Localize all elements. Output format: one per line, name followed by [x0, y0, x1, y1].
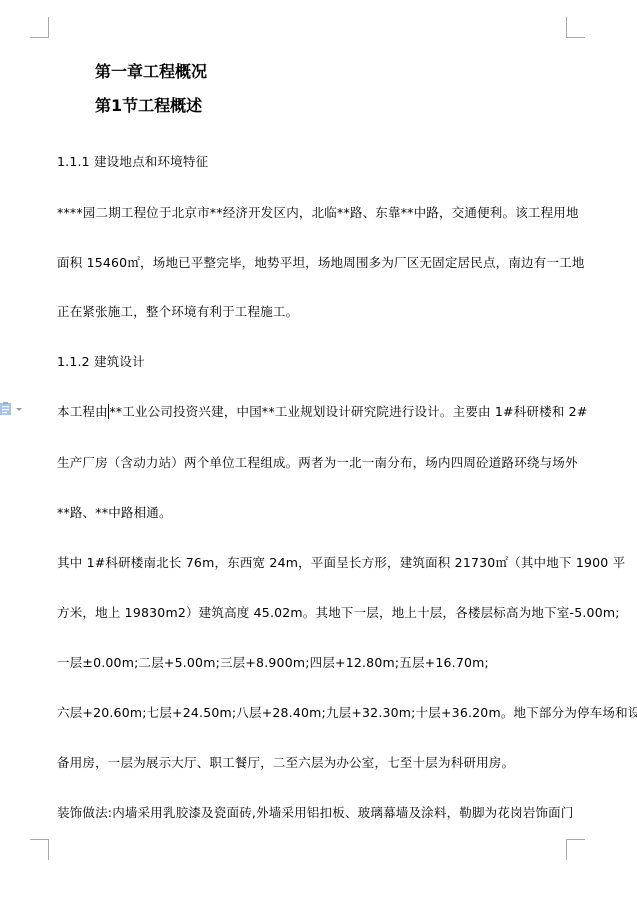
paragraph-line: **路、**中路相通。 [57, 505, 172, 521]
text-before-cursor: 本工程由 [57, 404, 108, 419]
paragraph-line: 其中 1#科研楼南北长 76m，东西宽 24m，平面呈长方形，建筑面积 2173… [57, 555, 569, 571]
paragraph-line: 方米，地上 19830m2）建筑高度 45.02m。其地下一层，地上十层，各楼层… [57, 605, 569, 621]
paste-options-dropdown-arrow-icon[interactable] [16, 408, 22, 411]
paragraph-line: 六层+20.60m;七层+24.50m;八层+28.40m;九层+32.30m;… [57, 705, 569, 721]
crop-mark-bottom-right [566, 839, 585, 860]
chapter-heading: 第一章工程概况 [95, 59, 207, 82]
paragraph-line: 一层±0.00m;二层+5.00m;三层+8.900m;四层+12.80m;五层… [57, 655, 489, 671]
crop-mark-top-right [566, 17, 585, 38]
paragraph-line: ****园二期工程位于北京市**经济开发区内，北临**路、东靠**中路，交通便利… [57, 205, 569, 221]
paragraph-line: 正在紧张施工，整个环境有利于工程施工。 [57, 304, 298, 320]
paragraph-line: 备用房，一层为展示大厅、职工餐厅，二至六层为办公室，七至十层为科研用房。 [57, 755, 514, 771]
paragraph-line-with-cursor[interactable]: 本工程由**工业公司投资兴建，中国**工业规划设计研究院进行设计。主要由 1#科… [57, 404, 569, 420]
document-page: 第一章工程概况 第1节工程概述 1.1.1 建设地点和环境特征 ****园二期工… [0, 0, 637, 899]
section-heading: 第1节工程概述 [95, 93, 202, 116]
subsection-title-1-1-1: 1.1.1 建设地点和环境特征 [57, 154, 208, 170]
subsection-title-1-1-2: 1.1.2 建筑设计 [57, 354, 145, 370]
paragraph-line: 生产厂房（含动力站）两个单位工程组成。两者为一北一南分布，场内四周砼道路环绕与场… [57, 455, 569, 471]
crop-mark-bottom-left [30, 839, 49, 860]
crop-mark-top-left [30, 17, 49, 38]
paste-options-icon[interactable] [0, 402, 12, 416]
text-after-cursor: **工业公司投资兴建，中国**工业规划设计研究院进行设计。主要由 1#科研楼和 … [109, 404, 587, 419]
paragraph-line: 面积 15460㎡，场地已平整完毕，地势平坦，场地周围多为厂区无固定居民点，南边… [57, 255, 569, 271]
paragraph-line: 装饰做法:内墙采用乳胶漆及瓷面砖,外墙采用铝扣板、玻璃幕墙及涂料，勒脚为花岗岩饰… [57, 805, 569, 821]
